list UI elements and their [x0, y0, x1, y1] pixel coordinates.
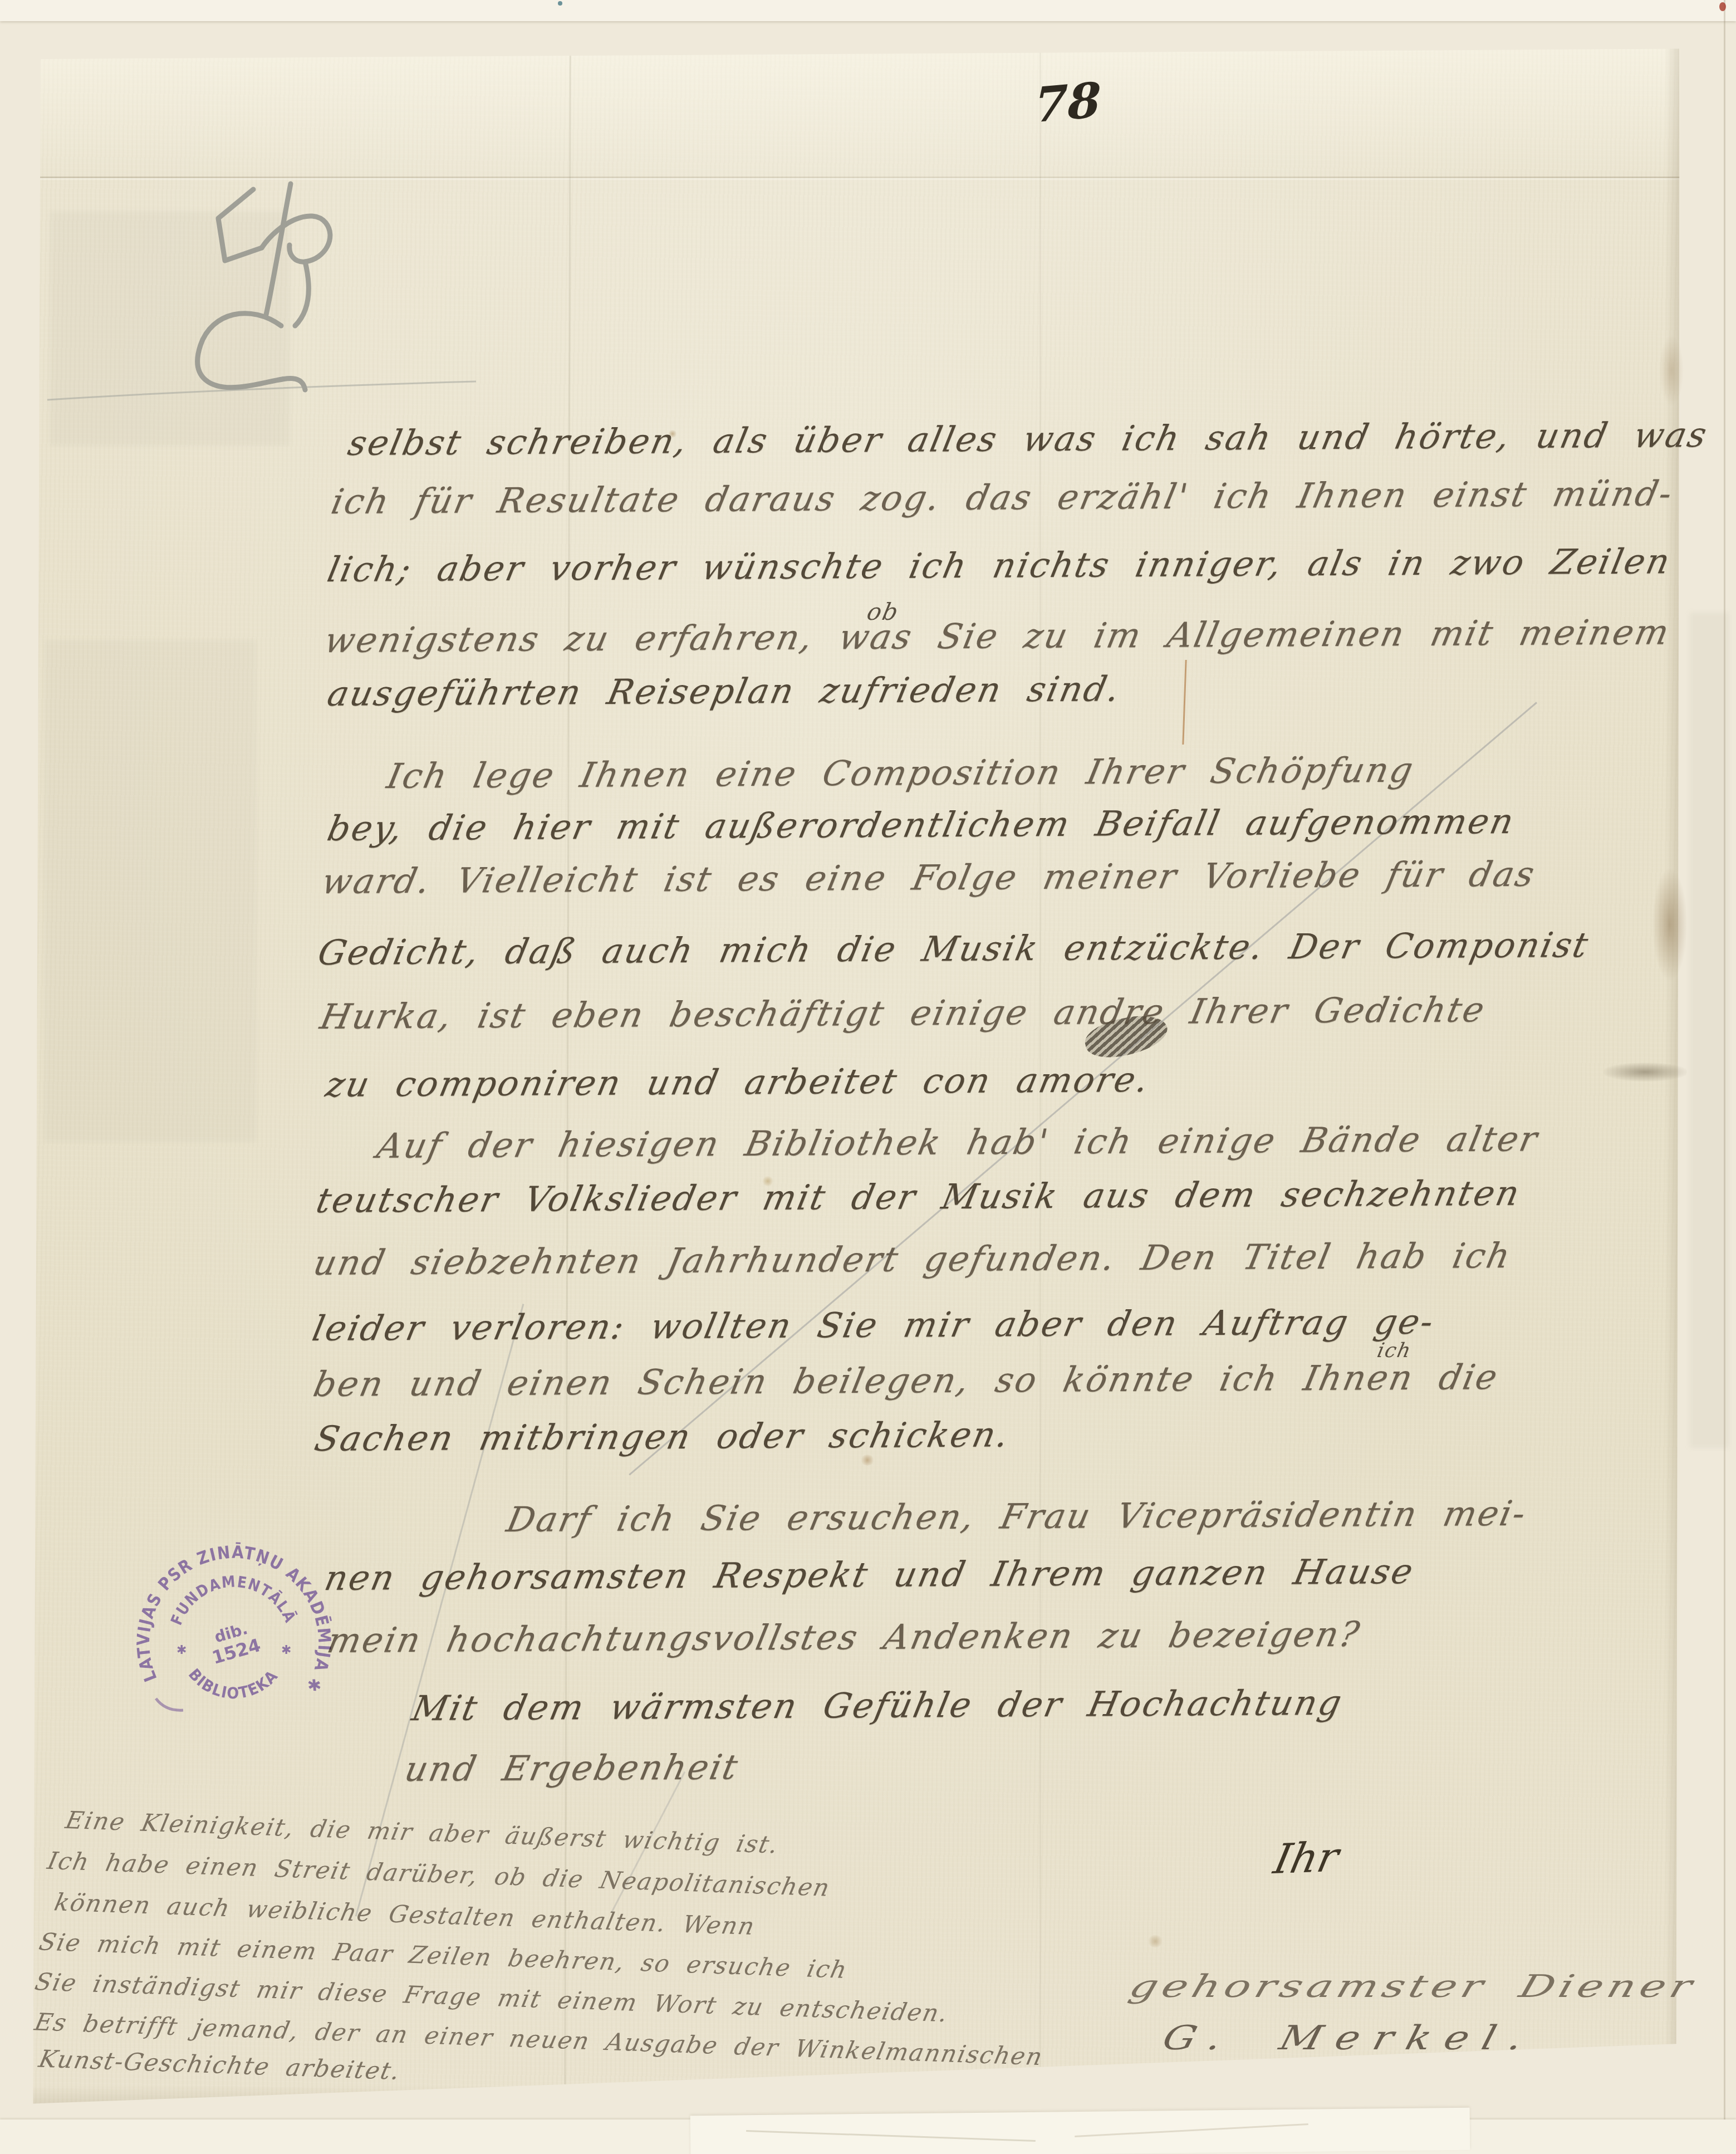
svg-text:FUNDAMENTĀLĀ: FUNDAMENTĀLĀ — [167, 1572, 300, 1628]
letter-line: bey, die hier mit außerordentlichem Beif… — [325, 804, 1518, 846]
library-stamp: LATVIJAS PSR ZINĀTŅU AKADĒMIJA ✱ FUNDAME… — [125, 1534, 342, 1751]
letter-line: Gedicht, daß auch mich die Musik entzück… — [315, 928, 1592, 970]
backing-sheet-top-edge — [0, 0, 1736, 21]
edge-stain — [1659, 334, 1684, 407]
page-top-fold-band — [31, 45, 1687, 177]
letter-line: Hurka, ist eben beschäftigt einige andre… — [317, 992, 1489, 1034]
letter-line: und Ergebenheit — [402, 1750, 742, 1786]
letter-line: Mit dem wärmsten Gefühle der Hochachtung — [409, 1686, 1346, 1726]
foxing-spot — [1147, 1935, 1164, 1947]
letter-line: ich für Resultate daraus zog. das erzähl… — [328, 476, 1676, 519]
letter-line: zu componiren und arbeitet con amore. — [323, 1063, 1153, 1102]
stamp-asterisk-icon: ✱ — [281, 1643, 291, 1657]
ink-bleedthrough-smudge — [45, 640, 256, 1142]
stamp-flourish — [156, 1698, 183, 1710]
pencil-shelfmark-squiggle — [33, 161, 512, 429]
letter-line: ward. Vielleicht ist es eine Folge meine… — [319, 857, 1539, 899]
letter-line: teutscher Volkslieder mit der Musik aus … — [313, 1176, 1524, 1218]
backing-sheet-corner-wedge — [690, 2108, 1470, 2154]
page-number: 78 — [1034, 76, 1101, 130]
stamp-inner-top-text: FUNDAMENTĀLĀ — [167, 1572, 300, 1628]
edge-ink-smear — [1603, 1063, 1687, 1081]
interlinear-insertion-ob: ob — [865, 600, 901, 624]
letter-line: Sachen mitbringen oder schicken. — [312, 1417, 1013, 1456]
letter-line: mein hochachtungsvollstes Andenken zu be… — [325, 1617, 1364, 1658]
stamp-asterisk-icon: ✱ — [176, 1643, 187, 1657]
svg-text:LATVIJAS PSR ZINĀTŅU AKADĒMIJA: LATVIJAS PSR ZINĀTŅU AKADĒMIJA ✱ — [134, 1543, 335, 1696]
letter-line: Darf ich Sie ersuchen, Frau Vicepräsiden… — [504, 1496, 1530, 1537]
letter-line: selbst schreiben, als über alles was ich… — [345, 418, 1711, 461]
foxing-spot — [860, 1455, 875, 1466]
signature: G. Merkel. — [1159, 2021, 1540, 2055]
letter-line: ausgeführten Reiseplan zufrieden sind. — [325, 672, 1124, 711]
letter-line: ben und einen Schein beilegen, so könnte… — [311, 1360, 1502, 1402]
red-mark-top-right — [1719, 2, 1726, 11]
closing-salute: Ihr — [1271, 1837, 1342, 1880]
letter-line: lich; aber vorher wünschte ich nichts in… — [325, 544, 1674, 587]
letter-line: Auf der hiesigen Bibliothek hab' ich ein… — [374, 1122, 1542, 1163]
letter-line: wenigstens zu erfahren, was Sie zu im Al… — [322, 615, 1673, 658]
letter-line: leider verloren: wollten Sie mir aber de… — [310, 1305, 1438, 1346]
stamp-inner-bottom-text: BIBLIOTEKA — [185, 1665, 282, 1702]
edge-tear-stain — [1652, 869, 1687, 980]
closing-role-line: gehorsamster Diener — [1126, 1971, 1700, 2003]
interlinear-insertion-ich: ich — [1375, 1341, 1414, 1361]
stamp-outer-text: LATVIJAS PSR ZINĀTŅU AKADĒMIJA ✱ — [134, 1543, 335, 1696]
blue-fleck-top-edge — [558, 1, 562, 6]
scanned-letter-screenshot: { "document": { "kind": "Handwritten let… — [0, 0, 1736, 2154]
page-edge-shading — [31, 2086, 1687, 2108]
letter-line: nen gehorsamsten Respekt und Ihrem ganze… — [322, 1554, 1418, 1595]
letter-line: Ich lege Ihnen eine Composition Ihrer Sc… — [384, 753, 1418, 794]
svg-text:BIBLIOTEKA: BIBLIOTEKA — [185, 1665, 282, 1702]
letter-line: und siebzehnten Jahrhundert gefunden. De… — [311, 1238, 1514, 1280]
ink-bleedthrough-smudge — [1690, 613, 1729, 1448]
